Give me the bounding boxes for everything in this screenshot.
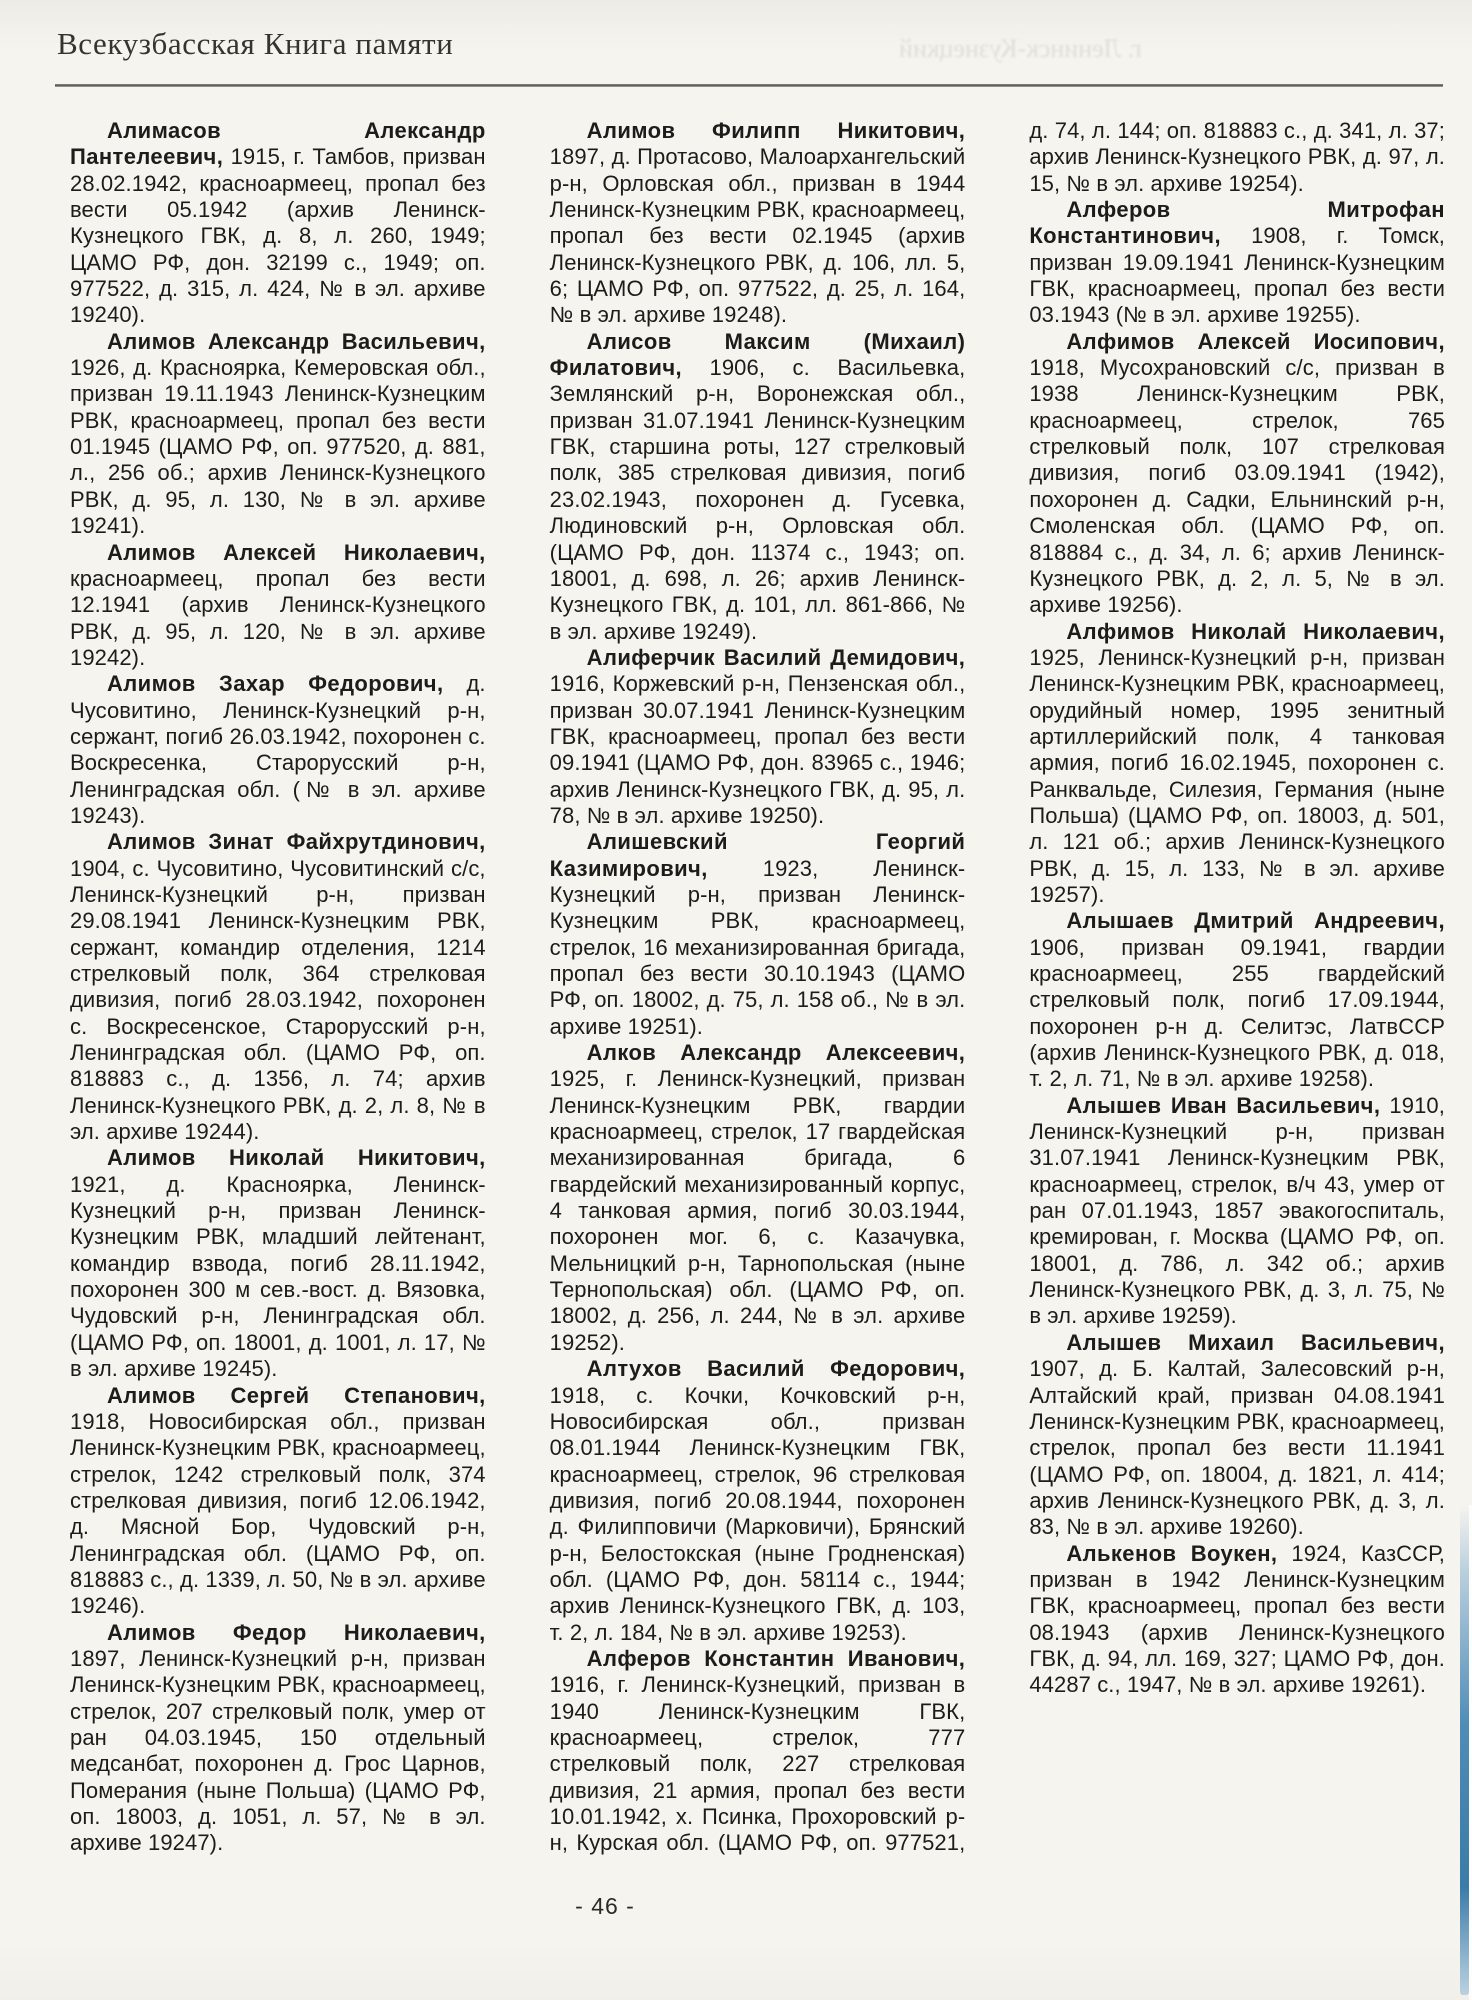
book-page: Всекузбасская Книга памяти г. Ленинск-Ку… <box>0 0 1472 2000</box>
entry-name: Алимов Филипп Никитович, <box>587 118 966 143</box>
entry-name: Алимов Александр Васильевич, <box>107 329 486 354</box>
page-edge-shadow <box>1460 1505 1469 1995</box>
memorial-entry: Алишевский Георгий Казимирович, 1923, Ле… <box>550 829 966 1040</box>
memorial-entry: Алимов Алексей Николаевич, красноармеец,… <box>70 540 486 672</box>
entry-name: Алимов Алексей Николаевич, <box>107 540 486 565</box>
entry-text: 1907, д. Б. Калтай, Залесовский р-н, Алт… <box>1029 1356 1445 1539</box>
entry-name: Алферов Константин Иванович, <box>587 1646 966 1671</box>
entry-text: 1916, Коржевский р-н, Пензенская обл., п… <box>550 671 966 828</box>
entry-name: Алфимов Николай Николаевич, <box>1066 619 1445 644</box>
memorial-entry: Алимов Зинат Файхрутдинович, 1904, с. Чу… <box>70 829 486 1145</box>
memorial-entry: Алышев Иван Васильевич, 1910, Ленинск-Ку… <box>1029 1093 1445 1330</box>
entry-name: Алиферчик Василий Демидович, <box>587 645 966 670</box>
entry-name: Алимов Зинат Файхрутдинович, <box>107 829 486 854</box>
memorial-entry: Алтухов Василий Федорович, 1918, с. Кочк… <box>550 1356 966 1646</box>
memorial-entry: Алышев Михаил Васильевич, 1907, д. Б. Ка… <box>1029 1330 1445 1541</box>
entry-name: Алышев Иван Васильевич, <box>1066 1093 1380 1118</box>
memorial-entries-columns: Алимасов Александр Пантелеевич, 1915, г.… <box>70 118 1445 1876</box>
memorial-entry: Алимов Сергей Степанович, 1918, Новосиби… <box>70 1383 486 1620</box>
entry-name: Алимов Федор Николаевич, <box>107 1620 486 1645</box>
entry-name: Алков Александр Алексеевич, <box>587 1040 966 1065</box>
page-title: Всекузбасская Книга памяти <box>57 26 453 62</box>
entry-name: Алимов Сергей Степанович, <box>107 1383 486 1408</box>
memorial-entry: Алков Александр Алексеевич, 1925, г. Лен… <box>550 1040 966 1356</box>
entry-text: 1897, д. Протасово, Малоархангельский р-… <box>550 144 966 327</box>
entry-text: красноармеец, пропал без вести 12.1941 (… <box>70 566 486 670</box>
memorial-entry: Алькенов Воукен, 1924, КазССР, призван в… <box>1029 1541 1445 1699</box>
bleedthrough-header-text: г. Ленинск-Кузнецкий <box>899 34 1142 64</box>
entry-name: Алимов Николай Никитович, <box>107 1145 486 1170</box>
memorial-entry: Алимов Захар Федорович, д. Чусовитино, Л… <box>70 671 486 829</box>
entry-text: 1926, д. Красноярка, Кемеровская обл., п… <box>70 355 486 538</box>
entry-text: 1906, с. Васильевка, Землянский р-н, Вор… <box>550 355 966 643</box>
memorial-entry: Алимасов Александр Пантелеевич, 1915, г.… <box>70 118 486 329</box>
entry-name: Алькенов Воукен, <box>1066 1541 1277 1566</box>
memorial-entry: Алимов Александр Васильевич, 1926, д. Кр… <box>70 329 486 540</box>
memorial-entry: Алферов Митрофан Константинович, 1908, г… <box>1029 197 1445 329</box>
memorial-entry: Алимов Николай Никитович, 1921, д. Красн… <box>70 1145 486 1382</box>
entry-text: 1910, Ленинск-Кузнецкий р-н, призван 31.… <box>1029 1093 1445 1329</box>
entry-name: Алтухов Василий Федорович, <box>587 1356 966 1381</box>
entry-text: 1923, Ленинск-Кузнецкий р-н, призван Лен… <box>550 856 966 1039</box>
entry-text: 1904, с. Чусовитино, Чусовитинский с/с, … <box>70 856 486 1144</box>
entry-text: 1915, г. Тамбов, призван 28.02.1942, кра… <box>70 144 486 327</box>
entry-text: 1925, Ленинск-Кузнецкий р-н, призван Лен… <box>1029 645 1445 907</box>
entry-text: 1918, Мусохрановский с/с, призван в 1938… <box>1029 355 1445 617</box>
page-number: - 46 - <box>540 1893 670 1920</box>
entry-name: Алышев Михаил Васильевич, <box>1066 1330 1445 1355</box>
entry-text: 1921, д. Красноярка, Ленинск-Кузнецкий р… <box>70 1172 486 1381</box>
memorial-entry: Алимов Филипп Никитович, 1897, д. Протас… <box>550 118 966 329</box>
entry-text: 1925, г. Ленинск-Кузнецкий, призван Лени… <box>550 1066 966 1354</box>
entry-text: 1906, призван 09.1941, гвардии красноарм… <box>1029 935 1445 1092</box>
memorial-entry: Алфимов Николай Николаевич, 1925, Ленинс… <box>1029 619 1445 909</box>
entry-text: 1897, Ленинск-Кузнецкий р-н, призван Лен… <box>70 1646 486 1855</box>
entry-text: 1918, с. Кочки, Кочковский р-н, Новосиби… <box>550 1383 966 1645</box>
memorial-entry: Алимов Федор Николаевич, 1897, Ленинск-К… <box>70 1620 486 1857</box>
memorial-entry: Алышаев Дмитрий Андреевич, 1906, призван… <box>1029 908 1445 1092</box>
entry-name: Алышаев Дмитрий Андреевич, <box>1066 908 1445 933</box>
memorial-entry: Алиферчик Василий Демидович, 1916, Корже… <box>550 645 966 829</box>
memorial-entry: Алфимов Алексей Иосипович, 1918, Мусохра… <box>1029 329 1445 619</box>
header-divider <box>55 84 1443 87</box>
entry-name: Алимов Захар Федорович, <box>107 671 444 696</box>
entry-text: 1918, Новосибирская обл., призван Ленинс… <box>70 1409 486 1618</box>
memorial-entry: Алисов Максим (Михаил) Филатович, 1906, … <box>550 329 966 645</box>
entry-name: Алфимов Алексей Иосипович, <box>1066 329 1445 354</box>
